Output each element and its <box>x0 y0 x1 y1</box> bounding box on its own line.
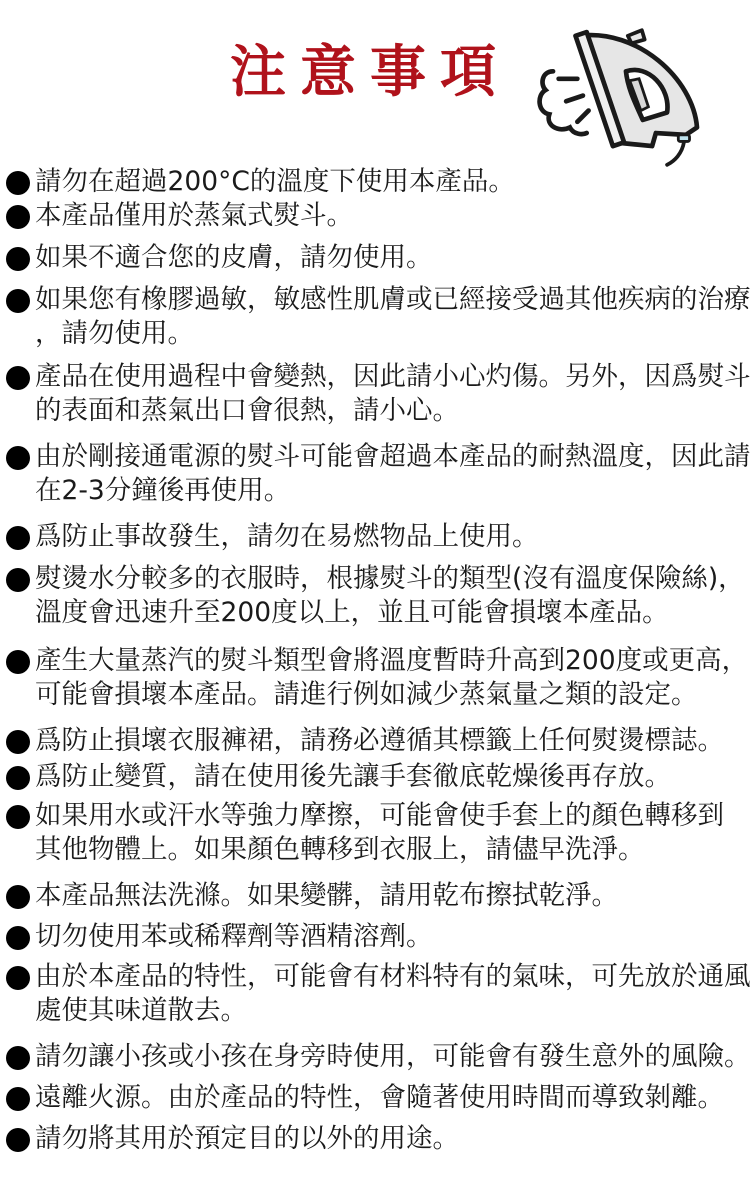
bullet-icon <box>6 805 30 829</box>
note-text: 爲防止事故發生，請勿在易燃物品上使用。 <box>6 520 746 554</box>
note-text: 本產品僅用於蒸氣式熨斗。 <box>6 199 746 233</box>
note-item: 產品在使用過程中會變熱，因此請小心灼傷。另外，因爲熨斗 的表面和蒸氣出口會很熱，… <box>6 360 746 428</box>
note-item: 本產品僅用於蒸氣式熨斗。 <box>6 199 746 233</box>
bullet-icon <box>6 1128 30 1152</box>
note-text: 在2-3分鐘後再使用。 <box>6 474 746 508</box>
note-item: 產生大量蒸汽的熨斗類型會將溫度暫時升高到200度或更高， 可能會損壞本產品。請進… <box>6 644 746 712</box>
bullet-icon <box>6 650 30 674</box>
note-text: 處使其味道散去。 <box>6 994 746 1028</box>
note-text: 請勿讓小孩或小孩在身旁時使用，可能會有發生意外的風險。 <box>6 1040 746 1074</box>
note-text: 由於本產品的特性，可能會有材料特有的氣味，可先放於通風 <box>6 960 746 994</box>
note-text: 爲防止損壞衣服褲裙，請務必遵循其標籤上任何熨燙標誌。 <box>6 724 746 758</box>
bullet-icon <box>6 171 30 195</box>
note-text: 的表面和蒸氣出口會很熱，請小心。 <box>6 394 746 428</box>
note-text: 遠離火源。由於產品的特性，會隨著使用時間而導致剝離。 <box>6 1081 746 1115</box>
bullet-icon <box>6 730 30 754</box>
note-item: 本產品無法洗滌。如果變髒，請用乾布擦拭乾淨。 <box>6 879 746 913</box>
note-text: 溫度會迅速升至200度以上，並且可能會損壞本產品。 <box>6 596 746 630</box>
bullet-icon <box>6 885 30 909</box>
note-text: 如果不適合您的皮膚，請勿使用。 <box>6 241 746 275</box>
note-text: 可能會損壞本產品。請進行例如減少蒸氣量之類的設定。 <box>6 678 746 712</box>
note-text: 請勿在超過200°C的溫度下使用本產品。 <box>6 165 746 199</box>
note-item: 如果用水或汗水等強力摩擦，可能會使手套上的顏色轉移到 其他物體上。如果顏色轉移到… <box>6 799 746 867</box>
note-text: 切勿使用苯或稀釋劑等酒精溶劑。 <box>6 920 746 954</box>
note-item: 請勿將其用於預定目的以外的用途。 <box>6 1122 746 1156</box>
bullet-icon <box>6 766 30 790</box>
note-text: 其他物體上。如果顏色轉移到衣服上，請儘早洗淨。 <box>6 833 746 867</box>
bullet-icon <box>6 966 30 990</box>
bullet-icon <box>6 1087 30 1111</box>
note-item: 遠離火源。由於產品的特性，會隨著使用時間而導致剝離。 <box>6 1081 746 1115</box>
note-text: 如果您有橡膠過敏，敏感性肌膚或已經接受過其他疾病的治療 <box>6 283 746 317</box>
note-text: ，請勿使用。 <box>6 317 746 351</box>
note-item: 請勿讓小孩或小孩在身旁時使用，可能會有發生意外的風險。 <box>6 1040 746 1074</box>
note-item: 由於剛接通電源的熨斗可能會超過本產品的耐熱溫度，因此請 在2-3分鐘後再使用。 <box>6 440 746 508</box>
note-item: 熨燙水分較多的衣服時，根據熨斗的類型(沒有溫度保險絲)， 溫度會迅速升至200度… <box>6 562 746 630</box>
note-item: 由於本產品的特性，可能會有材料特有的氣味，可先放於通風 處使其味道散去。 <box>6 960 746 1028</box>
bullet-icon <box>6 446 30 470</box>
note-text: 如果用水或汗水等強力摩擦，可能會使手套上的顏色轉移到 <box>6 799 746 833</box>
note-item: 爲防止事故發生，請勿在易燃物品上使用。 <box>6 520 746 554</box>
note-text: 爲防止變質，請在使用後先讓手套徹底乾燥後再存放。 <box>6 760 746 794</box>
bullet-icon <box>6 926 30 950</box>
note-item: 如果您有橡膠過敏，敏感性肌膚或已經接受過其他疾病的治療 ，請勿使用。 <box>6 283 746 351</box>
bullet-icon <box>6 568 30 592</box>
bullet-icon <box>6 526 30 550</box>
header: 注意事項 <box>0 0 750 170</box>
bullet-icon <box>6 289 30 313</box>
note-text: 產生大量蒸汽的熨斗類型會將溫度暫時升高到200度或更高， <box>6 644 746 678</box>
bullet-icon <box>6 205 30 229</box>
note-item: 爲防止變質，請在使用後先讓手套徹底乾燥後再存放。 <box>6 760 746 794</box>
steam-iron-icon <box>525 20 740 175</box>
bullet-icon <box>6 1046 30 1070</box>
note-text: 產品在使用過程中會變熱，因此請小心灼傷。另外，因爲熨斗 <box>6 360 746 394</box>
bullet-icon <box>6 366 30 390</box>
note-text: 本產品無法洗滌。如果變髒，請用乾布擦拭乾淨。 <box>6 879 746 913</box>
page-title: 注意事項 <box>230 38 510 108</box>
note-text: 請勿將其用於預定目的以外的用途。 <box>6 1122 746 1156</box>
note-item: 如果不適合您的皮膚，請勿使用。 <box>6 241 746 275</box>
note-item: 切勿使用苯或稀釋劑等酒精溶劑。 <box>6 920 746 954</box>
note-text: 由於剛接通電源的熨斗可能會超過本產品的耐熱溫度，因此請 <box>6 440 746 474</box>
note-item: 請勿在超過200°C的溫度下使用本產品。 <box>6 165 746 199</box>
note-text: 熨燙水分較多的衣服時，根據熨斗的類型(沒有溫度保險絲)， <box>6 562 746 596</box>
note-item: 爲防止損壞衣服褲裙，請務必遵循其標籤上任何熨燙標誌。 <box>6 724 746 758</box>
bullet-icon <box>6 247 30 271</box>
